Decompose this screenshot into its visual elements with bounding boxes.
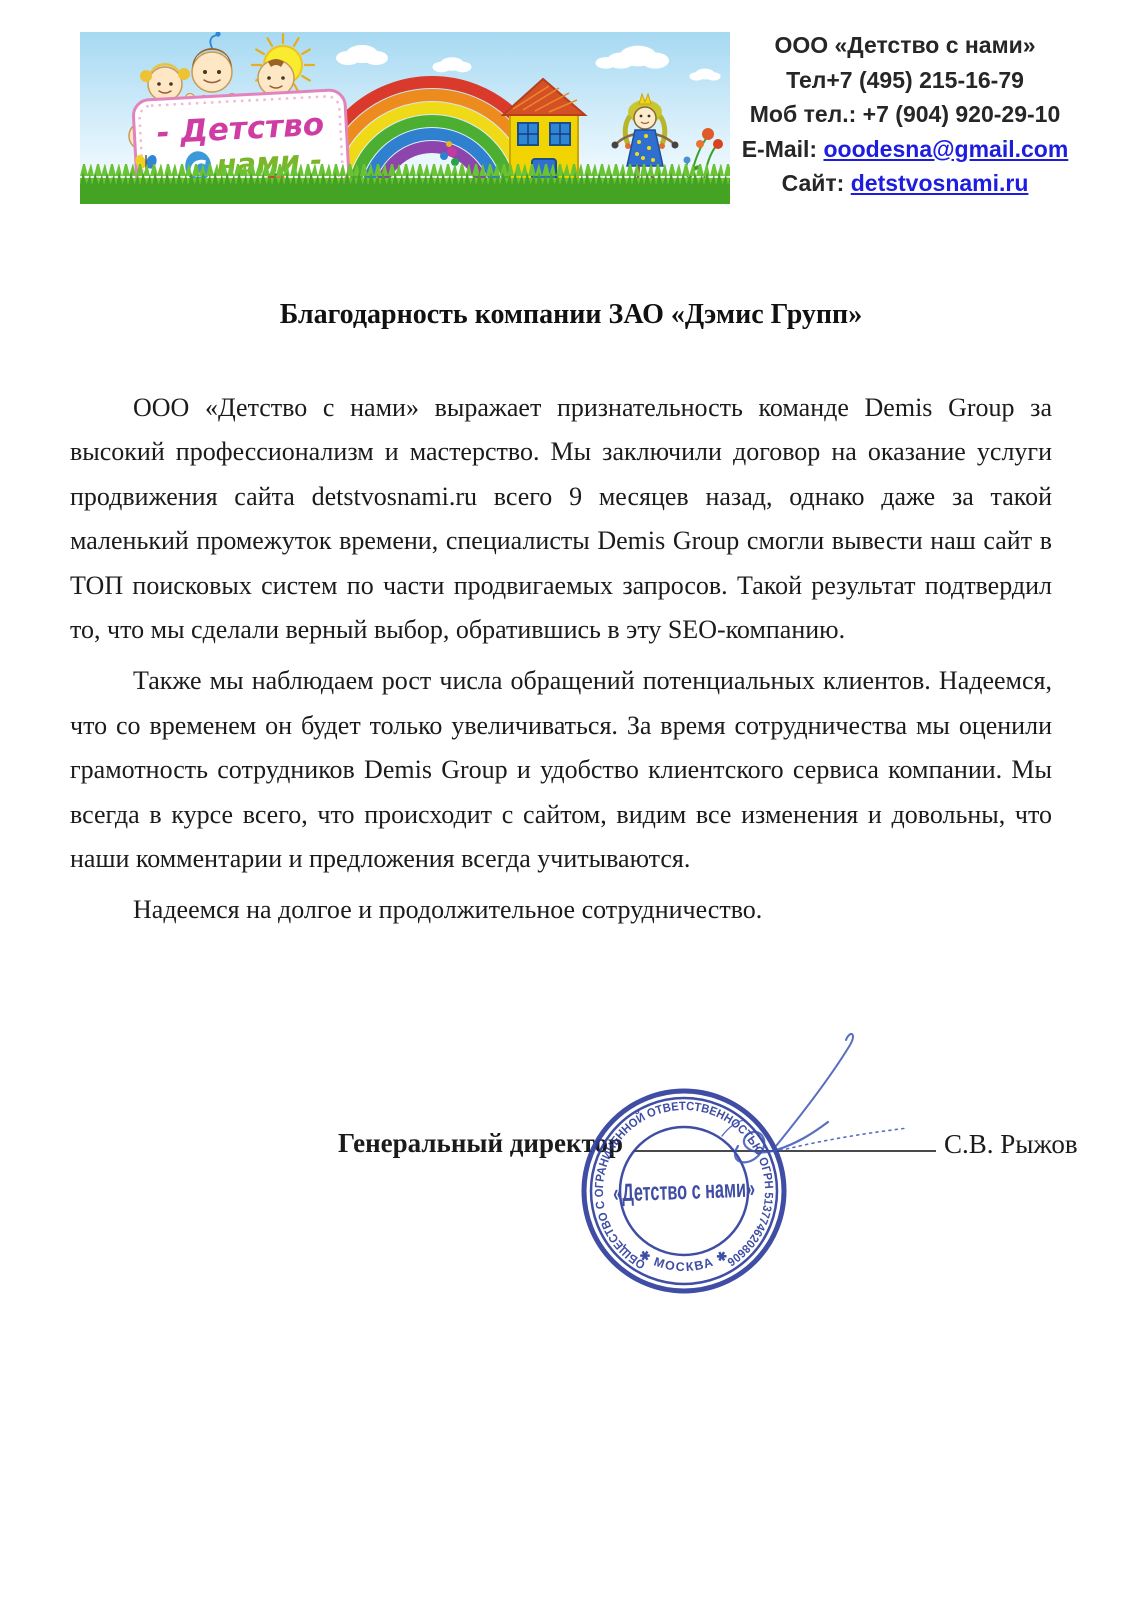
paragraph: ООО «Детство с нами» выражает признатель…: [70, 386, 1052, 652]
document-title: Благодарность компании ЗАО «Дэмис Групп»: [0, 299, 1142, 331]
paragraph: Также мы наблюдаем рост числа обращений …: [70, 659, 1052, 881]
site-link[interactable]: detstvosnami.ru: [851, 170, 1029, 196]
email-link[interactable]: ooodesna@gmail.com: [823, 136, 1068, 162]
contact-phone: Тел+7 (495) 215-16-79: [738, 63, 1072, 98]
contact-email-row: E-Mail: ooodesna@gmail.com: [738, 132, 1072, 167]
letter-body: ООО «Детство с нами» выражает признатель…: [70, 386, 1052, 933]
site-label: Сайт:: [782, 170, 845, 196]
stamp-center-text: «Детство с нами»: [613, 1175, 756, 1208]
stamp-bottom-text: ✱ МОСКВА ✱: [637, 1247, 732, 1274]
email-label: E-Mail:: [742, 136, 817, 162]
page: { "header": { "logo": { "line1": "- Детс…: [0, 0, 1142, 1600]
contact-company: ООО «Детство с нами»: [738, 28, 1072, 63]
child-face: [258, 59, 294, 96]
contact-site-row: Сайт: detstvosnami.ru: [738, 166, 1072, 201]
contact-block: ООО «Детство с нами» Тел+7 (495) 215-16-…: [738, 28, 1072, 201]
contact-mobile: Моб тел.: +7 (904) 920-29-10: [738, 97, 1072, 132]
grass: [80, 164, 730, 204]
handwritten-signature: [678, 1018, 940, 1178]
header-illustration: - Детство с нами -: [80, 32, 730, 204]
signature-name: С.В. Рыжов: [944, 1131, 1078, 1158]
paragraph: Надеемся на долгое и продолжительное сот…: [70, 888, 1052, 932]
